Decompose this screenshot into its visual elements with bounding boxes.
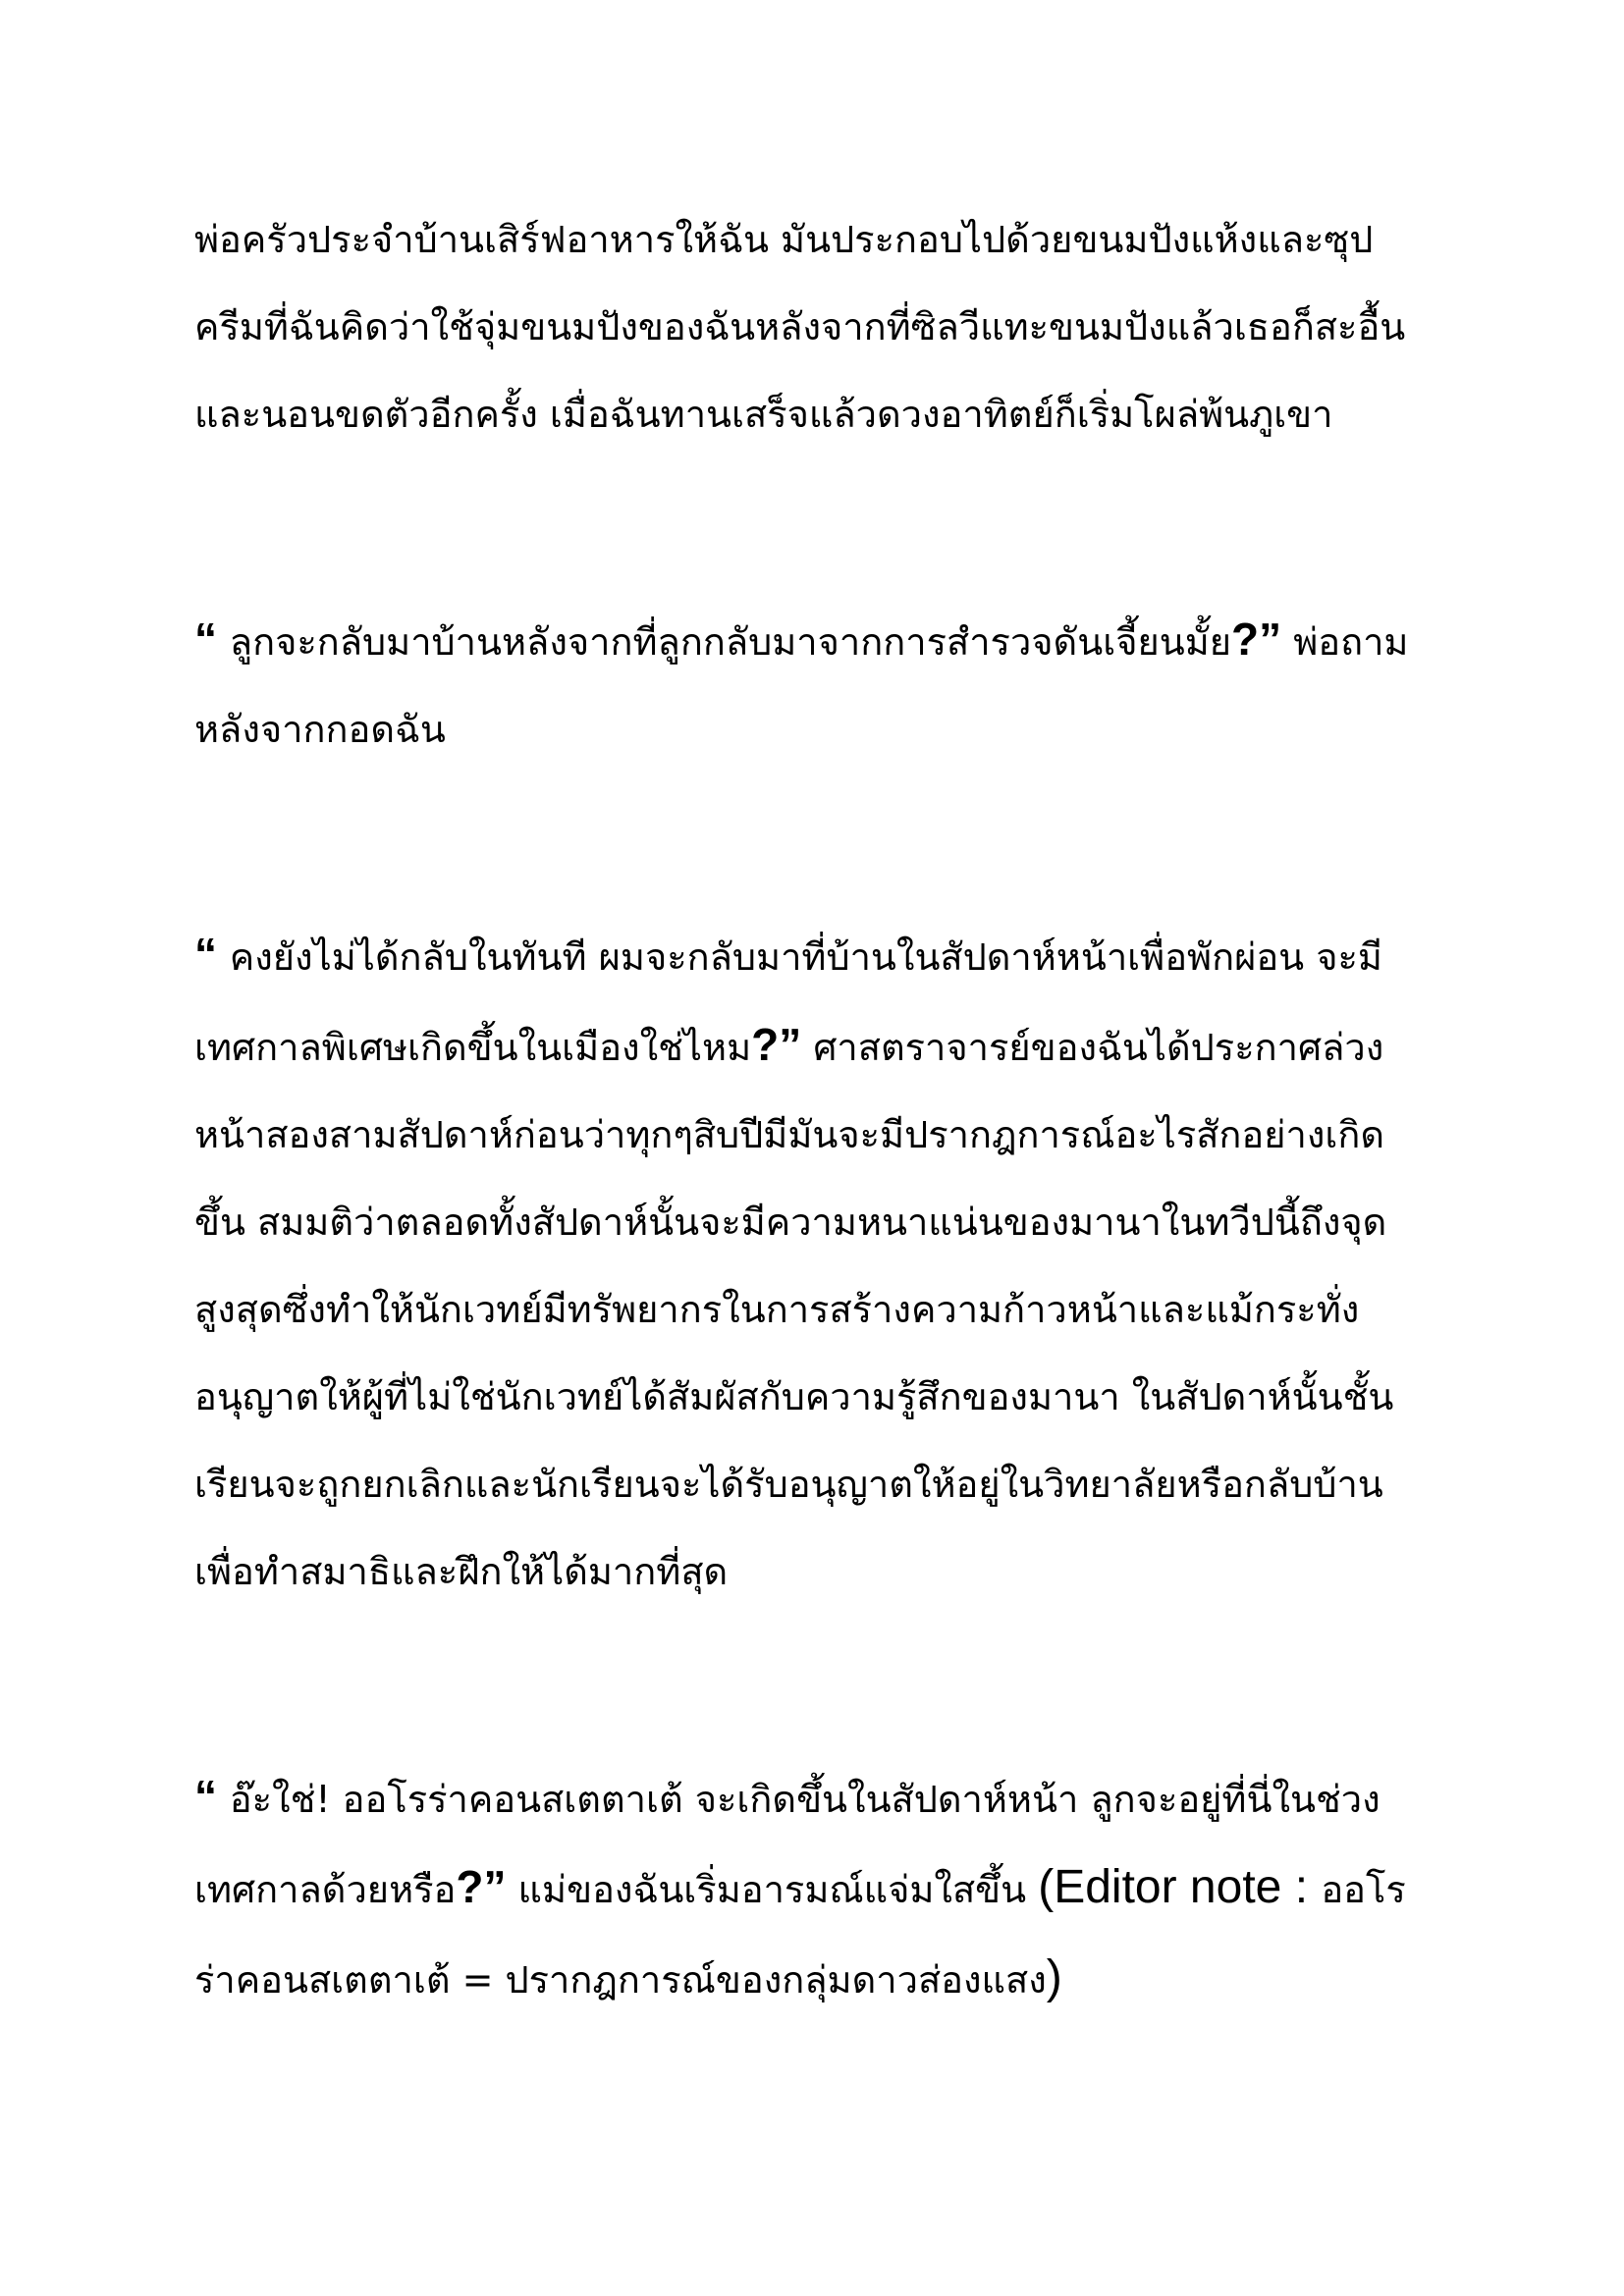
paragraph-4: “ อ๊ะใช่! ออโรร่าคอนสเตตาเต้ จะเกิดขึ้นใ… <box>194 1753 1430 2024</box>
question-close-quote-mark: ?” <box>751 1019 801 1070</box>
question-close-quote-mark: ?” <box>1231 614 1281 665</box>
paragraph-1: พ่อครัวประจำบ้านเสิร์ฟอาหารให้ฉัน มันประ… <box>194 196 1430 458</box>
close-paren-mark: ) <box>1047 1951 1062 2003</box>
document-page: พ่อครัวประจำบ้านเสิร์ฟอาหารให้ฉัน มันประ… <box>0 0 1624 2296</box>
open-quote-mark: “ <box>194 614 230 665</box>
paragraph-2: “ ลูกจะกลับมาบ้านหลังจากที่ลูกกลับมาจากก… <box>194 596 1430 774</box>
open-quote-mark: “ <box>194 1771 230 1822</box>
paragraph-3: “ คงยังไม่ได้กลับในทันที ผมจะกลับมาที่บ้… <box>194 911 1430 1616</box>
paragraph-1-text: พ่อครัวประจำบ้านเสิร์ฟอาหารให้ฉัน มันประ… <box>194 218 1405 436</box>
editor-note-label: (Editor note : <box>1038 1861 1321 1913</box>
dialogue-text: ลูกจะกลับมาบ้านหลังจากที่ลูกกลับมาจากการ… <box>230 620 1231 664</box>
open-quote-mark: “ <box>194 929 230 980</box>
narration-text: แม่ของฉันเริ่มอารมณ์แจ่มใสขึ้น <box>506 1868 1038 1911</box>
question-close-quote-mark: ?” <box>456 1861 506 1912</box>
narration-text: ศาสตราจารย์ของฉันได้ประกาศล่วงหน้าสองสาม… <box>194 1026 1393 1593</box>
